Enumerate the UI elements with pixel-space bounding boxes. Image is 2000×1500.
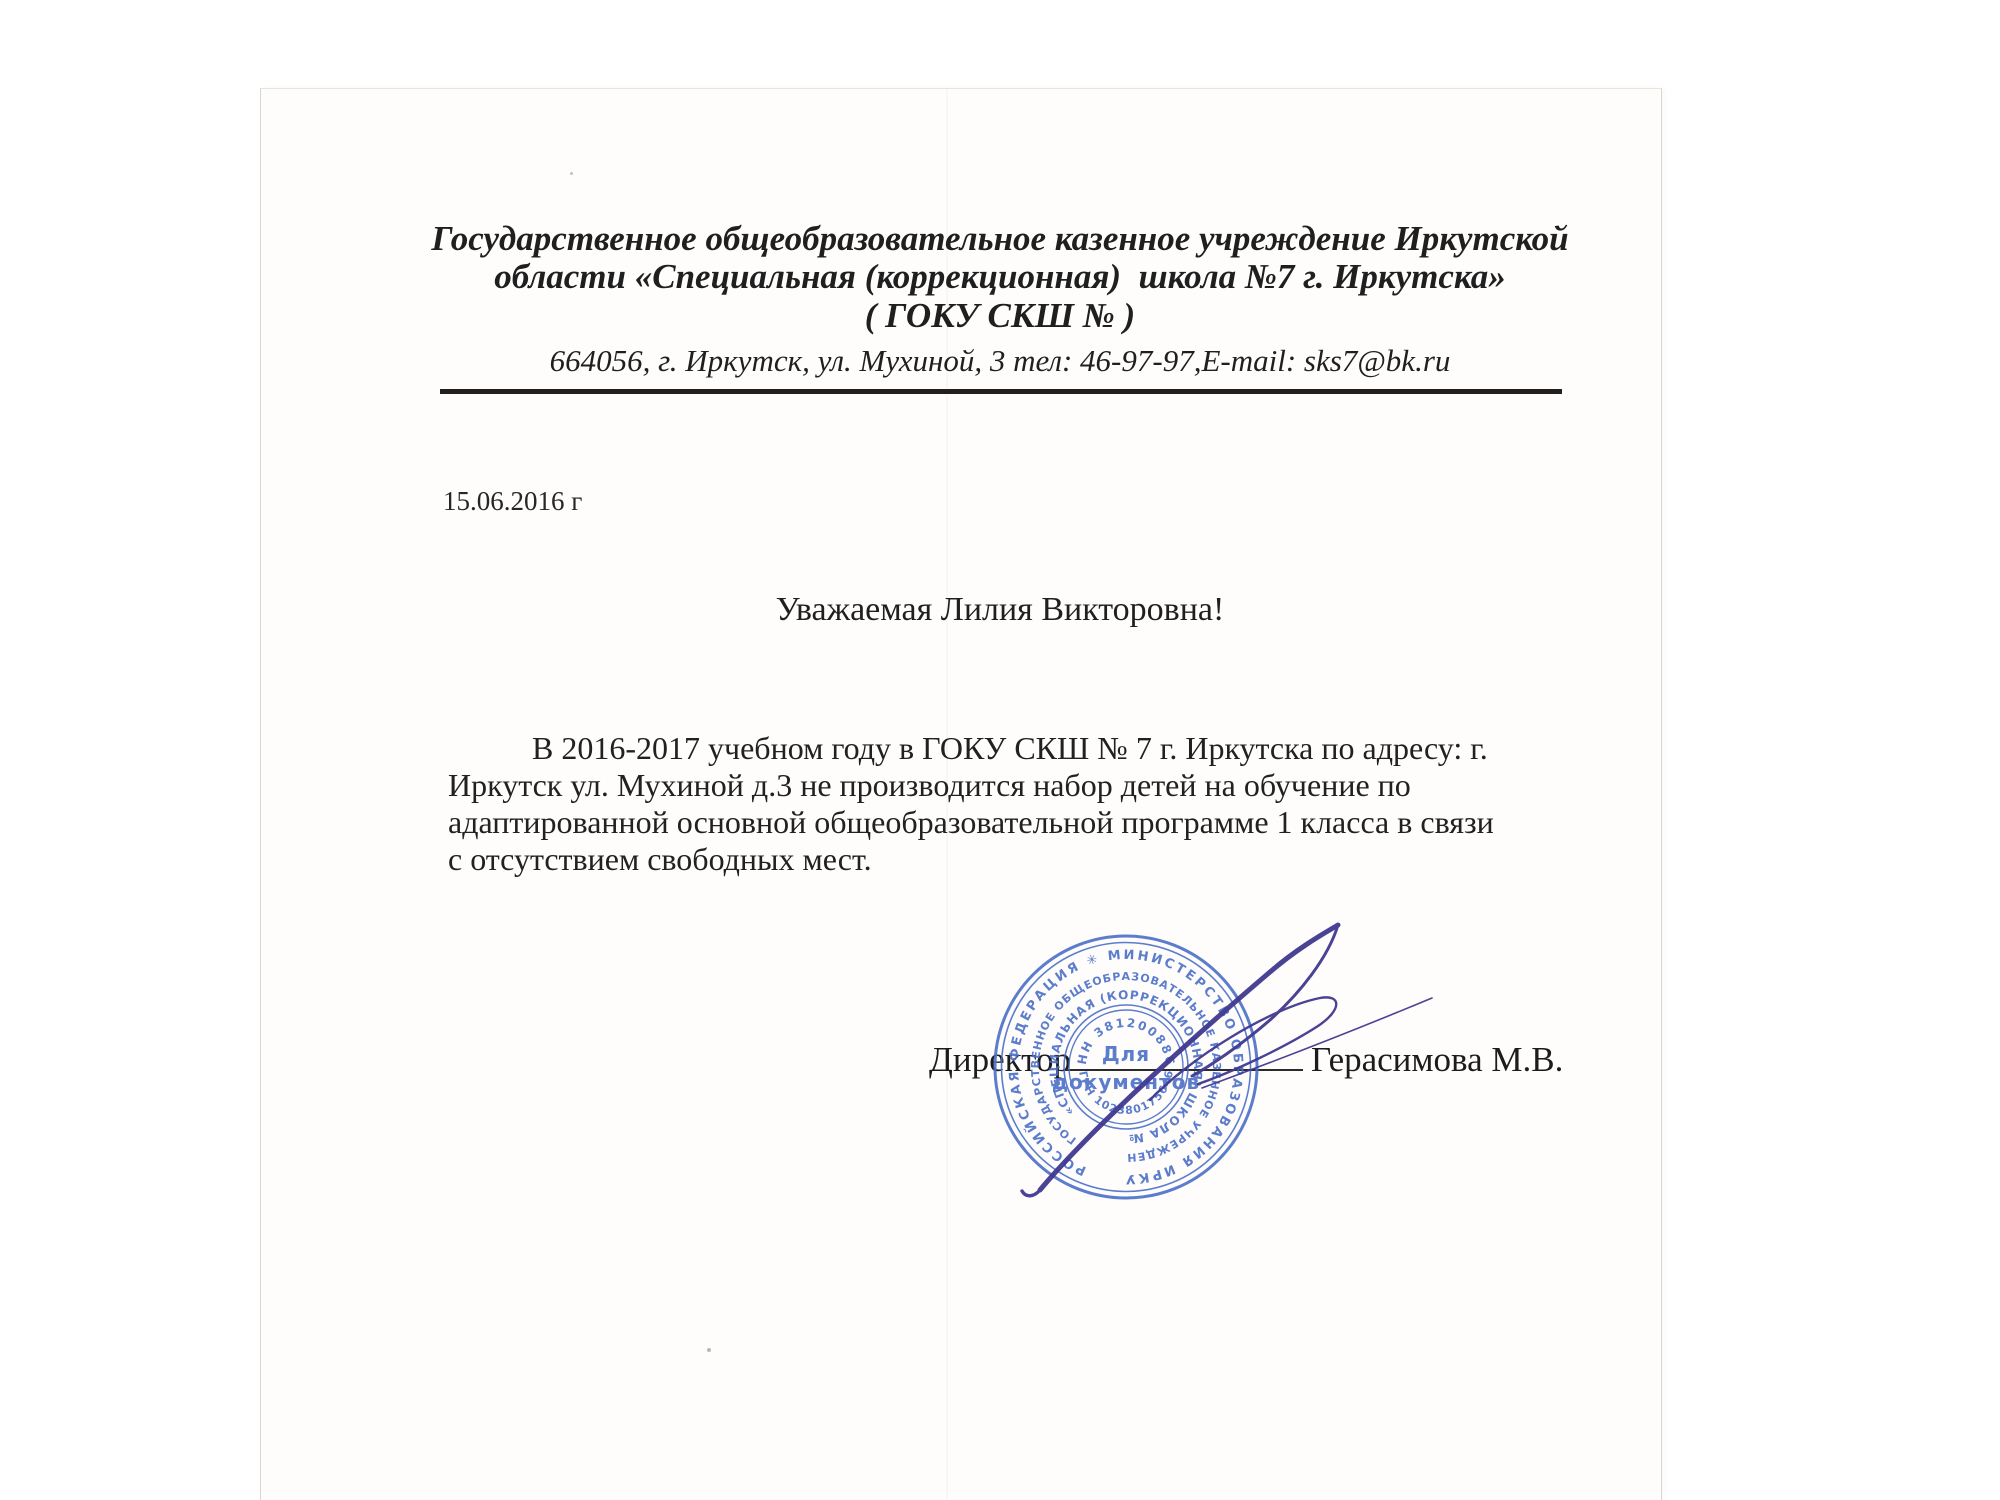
stamp-center-line-1: Для (1102, 1042, 1150, 1066)
letter-date: 15.06.2016 г (443, 486, 582, 517)
letterhead-line-2: области «Специальная (коррекционная) шко… (0, 258, 2000, 296)
scanned-letter-page: { "letterhead": { "line1": "Государствен… (0, 0, 2000, 1500)
paper-speck (570, 172, 573, 175)
body-paragraph: В 2016-2017 учебном году в ГОКУ СКШ № 7 … (448, 730, 1628, 878)
letterhead-line-3: ( ГОКУ СКШ № ) (0, 297, 2000, 335)
stamp: РОССИЙСКАЯ ФЕДЕРАЦИЯ ✳ МИНИСТЕРСТВО ОБРА… (940, 898, 1257, 1198)
official-stamp-and-signature: РОССИЙСКАЯ ФЕДЕРАЦИЯ ✳ МИНИСТЕРСТВО ОБРА… (940, 898, 1460, 1260)
body-line: адаптированной основной общеобразователь… (448, 804, 1628, 841)
body-line: с отсутствием свободных мест. (448, 841, 1628, 878)
body-line: В 2016-2017 учебном году в ГОКУ СКШ № 7 … (448, 730, 1628, 767)
letterhead-line-1: Государственное общеобразовательное казе… (0, 220, 2000, 258)
letterhead-rule (440, 389, 1562, 394)
salutation: Уважаемая Лилия Викторовна! (0, 591, 2000, 629)
body-line: Иркутск ул. Мухиной д.3 не производится … (448, 767, 1628, 804)
paper-speck (707, 1348, 711, 1352)
letterhead-contact-line: 664056, г. Иркутск, ул. Мухиной, 3 тел: … (0, 342, 2000, 380)
